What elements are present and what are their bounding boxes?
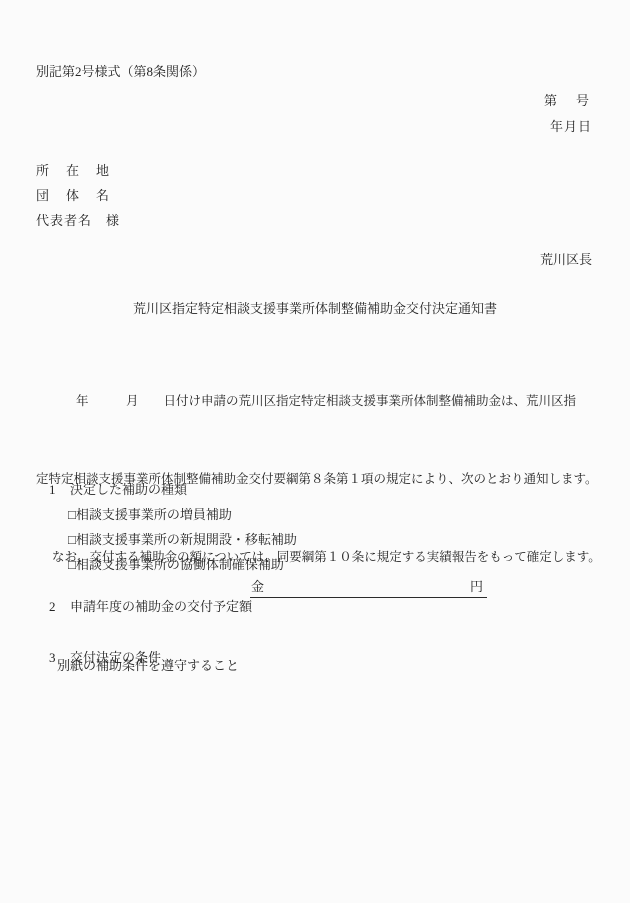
sender-name: 荒川区長 — [540, 251, 592, 268]
checkbox-icon: □ — [68, 557, 76, 572]
document-page: 別記第2号様式（第8条関係） 第 号 年月日 所 在 地 団 体 名 代表者名 … — [0, 0, 630, 903]
amount-suffix: 円 — [470, 578, 483, 595]
document-date: 年月日 — [550, 118, 592, 135]
amount-prefix: 金 — [251, 578, 264, 595]
addressee-organization-label: 団 体 名 — [36, 187, 111, 204]
section-3-body: 別紙の補助条件を遵守すること — [57, 657, 239, 674]
section-2-label: 申請年度の補助金の交付予定額 — [70, 599, 252, 614]
addressee-representative-label: 代表者名 様 — [36, 212, 120, 229]
form-number: 別記第2号様式（第8条関係） — [36, 63, 205, 80]
section-2-row: 2申請年度の補助金の交付予定額 金円 — [36, 581, 596, 603]
subsidy-option-label: 相談支援事業所の協働体制確保補助 — [76, 557, 284, 572]
document-title: 荒川区指定特定相談支援事業所体制整備補助金交付決定通知書 — [0, 300, 630, 317]
document-number: 第 号 — [544, 92, 592, 109]
amount-blank-field: 金円 — [250, 578, 487, 598]
addressee-location-label: 所 在 地 — [36, 162, 111, 179]
body-line-1: 年 月 日付け申請の荒川区指定特定相談支援事業所体制整備補助金は、荒川区指 — [36, 388, 602, 414]
section-2-number: 2 — [49, 598, 70, 615]
